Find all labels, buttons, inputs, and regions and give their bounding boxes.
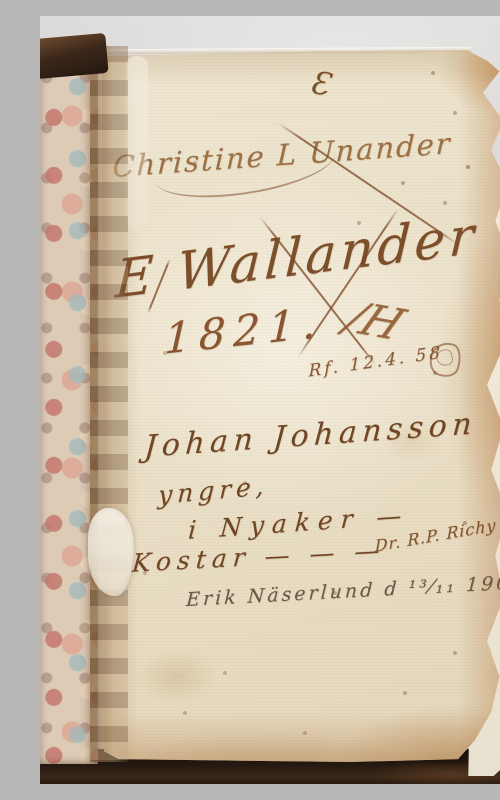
- inscription-kostar: Kostar — — —: [131, 535, 387, 577]
- inscription-flourish: ∕H: [337, 293, 413, 350]
- inscription-yngre: yngre,: [157, 471, 269, 510]
- flyleaf-page: Ɛ Christine L Unander E Wallander 1821. …: [102, 50, 500, 762]
- inscription-erik-naserlund-1901: Erik Näserlund d ¹³⁄₁₁ 1901: [186, 571, 500, 611]
- ink-swash-flourish: [151, 126, 339, 208]
- inscription-small-note: Rf. 12.4. 58: [309, 342, 443, 381]
- leather-spine-corner: [40, 33, 109, 79]
- inscription-johan-johansson: Johan Johansson: [143, 406, 478, 465]
- paper-repair-strip: [126, 56, 148, 228]
- binding-gutter: [90, 46, 128, 762]
- inscription-top-mark: Ɛ: [308, 65, 332, 103]
- paper-repair-patch: [88, 508, 134, 596]
- photo-old-book-flyleaf: Ɛ Christine L Unander E Wallander 1821. …: [40, 16, 500, 784]
